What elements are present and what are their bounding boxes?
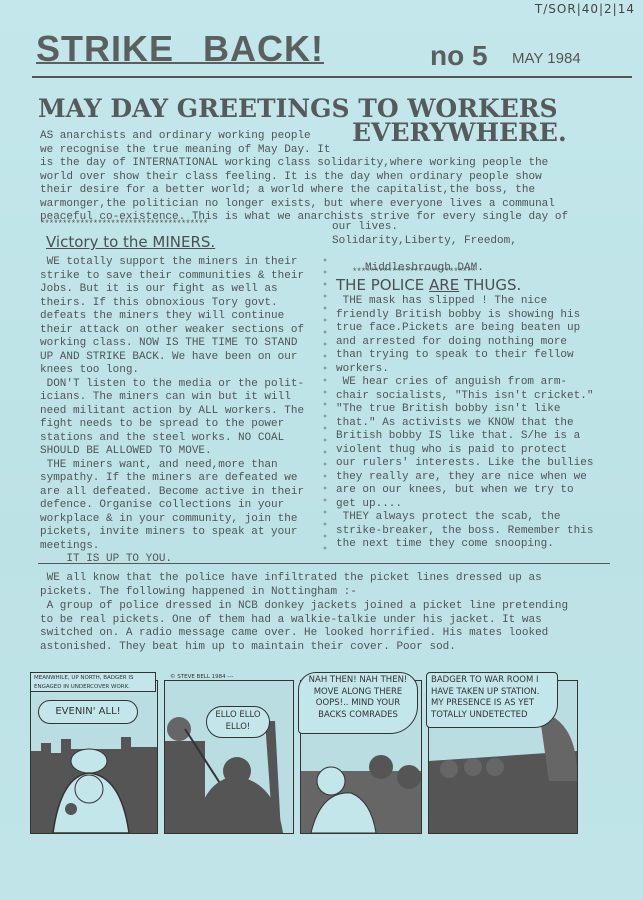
issue-date: MAY 1984: [512, 50, 581, 67]
police-title-emphasis: ARE: [429, 276, 459, 294]
horizontal-rule: [38, 563, 610, 564]
comic-caption: MEANWHILE, UP NORTH, BADGER IS ENGAGED I…: [30, 672, 156, 692]
masthead-title: STRIKE BACK!: [36, 28, 324, 70]
headline-continued: EVERYWHERE.: [352, 118, 567, 147]
crowd-illustration: [165, 681, 293, 833]
miners-article-body: WE totally support the miners in their s…: [40, 256, 304, 567]
leaflet-page: T/SOR|40|2|14 STRIKE BACK! no 5 MAY 1984…: [0, 0, 643, 900]
police-section-title: THE POLICE ARE THUGS.: [336, 276, 521, 294]
intro-body: is the day of INTERNATIONAL working clas…: [40, 157, 568, 225]
intro-opening: AS anarchists and ordinary working peopl…: [40, 130, 330, 157]
column-divider: [322, 254, 328, 554]
police-title-pre: THE POLICE: [336, 276, 429, 294]
speech-bubble-2: ELLO ELLO ELLO!: [206, 706, 270, 738]
issue-number: no 5: [430, 40, 488, 72]
miners-section-title: Victory to the MINERS.: [46, 233, 215, 251]
masthead: STRIKE BACK! no 5 MAY 1984: [32, 28, 632, 78]
police-title-post: THUGS.: [459, 276, 521, 294]
speech-bubble-1: EVENIN' ALL!: [38, 700, 138, 724]
separator-stars: **************************************: [40, 218, 207, 232]
infiltration-story: A group of police dressed in NCB donkey …: [40, 600, 568, 654]
archive-reference: T/SOR|40|2|14: [535, 2, 635, 16]
infiltration-intro: WE all know that the police have infiltr…: [40, 572, 542, 599]
speech-bubble-3: NAH THEN! NAH THEN! MOVE ALONG THERE OOP…: [298, 672, 418, 734]
police-article-body: THE mask has slipped ! The nice friendly…: [336, 295, 593, 552]
comic-strip: MEANWHILE, UP NORTH, BADGER IS ENGAGED I…: [30, 672, 600, 832]
comic-panel-2: [164, 680, 294, 834]
speech-bubble-4: BADGER TO WAR ROOM I HAVE TAKEN UP STATI…: [426, 672, 558, 728]
